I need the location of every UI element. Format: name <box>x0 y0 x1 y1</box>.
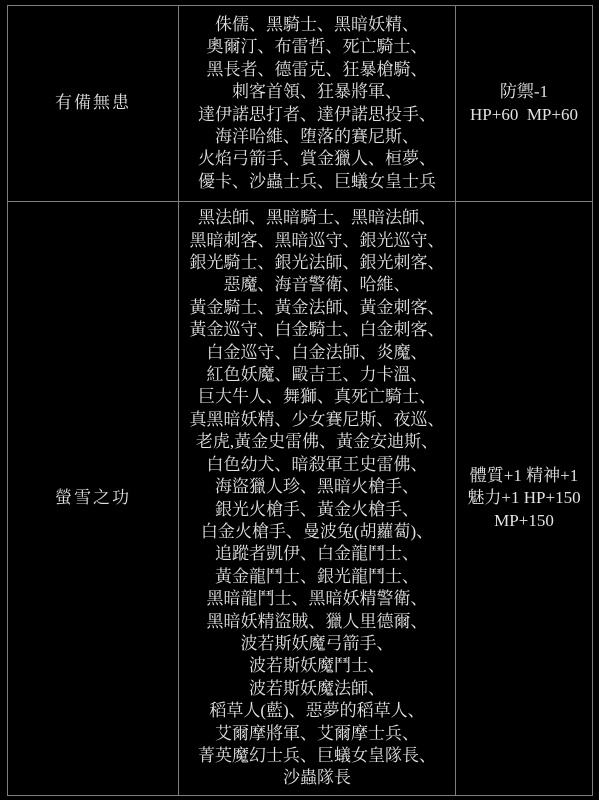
monster-list-cell-row2: 黑法師、黑暗騎士、黑暗法師、 黑暗刺客、黑暗巡守、銀光巡守、 銀光騎士、銀光法師… <box>179 202 456 795</box>
skill-name-cell-row2: 螢雪之功 <box>8 202 179 795</box>
skill-table: 有備無患 侏儒、黑騎士、黑暗妖精、 奧爾汀、布雷哲、死亡騎士、 黑長者、德雷克、… <box>7 5 593 796</box>
effects-cell-row2: 體質+1 精神+1 魅力+1 HP+150 MP+150 <box>456 202 592 795</box>
monster-list-cell-row1: 侏儒、黑騎士、黑暗妖精、 奧爾汀、布雷哲、死亡騎士、 黑長者、德雷克、狂暴槍騎、… <box>179 6 456 202</box>
effects-cell-row1: 防禦-1 HP+60 MP+60 <box>456 6 592 202</box>
skill-name-cell-row1: 有備無患 <box>8 6 179 202</box>
skill-table-grid: 有備無患 侏儒、黑騎士、黑暗妖精、 奧爾汀、布雷哲、死亡騎士、 黑長者、德雷克、… <box>7 5 593 796</box>
